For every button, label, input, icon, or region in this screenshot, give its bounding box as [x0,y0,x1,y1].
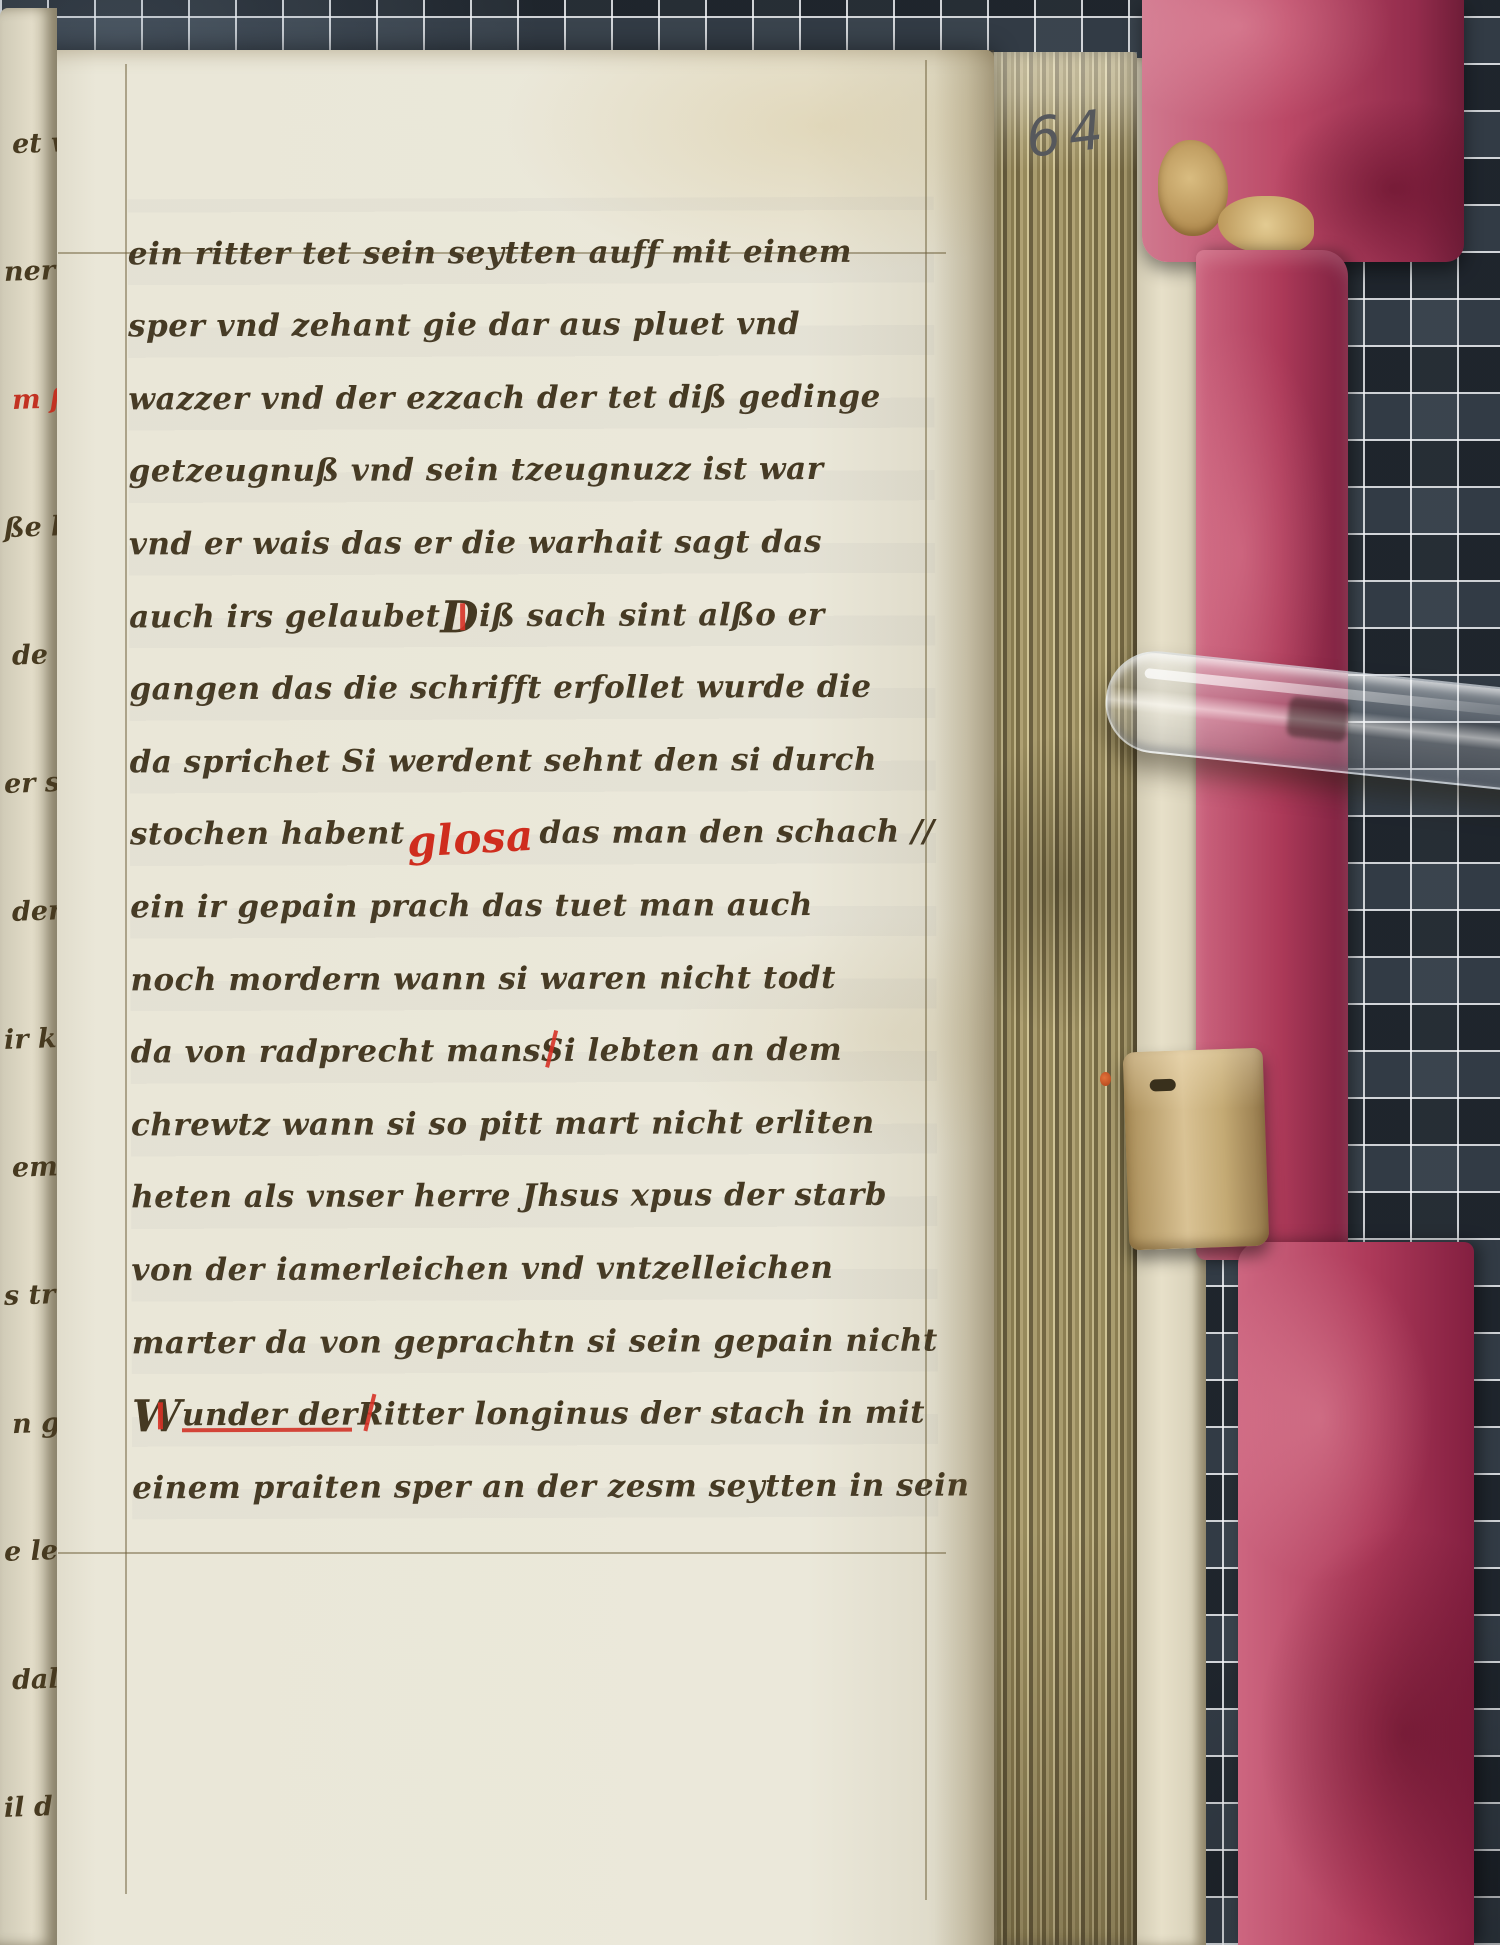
line-segment: getzeugnuß vnd sein tzeugnuzz ist war [129,451,824,489]
manuscript-line: sper vnd zehant gie dar aus pluet vnd [128,269,934,344]
page-edge-text-fragment: ner [3,255,55,288]
line-segment: vnd er wais das er die warhait sagt das [129,524,822,562]
line-segment: noch mordern wann si waren nicht todt [130,959,836,997]
folio-number: 64 [1022,97,1114,170]
line-segment: sper vnd zehant gie dar aus pluet vnd [128,306,800,344]
manuscript-line: gangen das die schrifft erfollet wurde d… [129,632,935,707]
manuscript-line: chrewtz wann si so pitt mart nicht erlit… [131,1068,937,1143]
line-segment: da sprichet Si werdent sehnt den si durc… [130,742,877,781]
page-edge-text-fragment: der [11,895,57,928]
paint-speck [1100,1072,1111,1086]
ruling-line-left [125,64,127,1894]
page-edge-text-fragment: dalb [11,1663,57,1696]
line-segment: heten als vnser herre Jhsus xpus der sta… [131,1177,887,1216]
manuscript-line: da von radprecht mans Si lebten an dem [130,995,936,1070]
line-segment: under der [182,1397,358,1434]
line-segment: D [440,601,479,634]
line-segment: einem praiten sper an der zesm seytten i… [132,1467,969,1506]
manuscript-line: von der iamerleichen vnd vntzelleichen [131,1213,937,1288]
line-segment: W [132,1400,182,1433]
book-fore-edge-pages [985,52,1137,1945]
manuscript-text-block: ein ritter tet sein seytten auff mit ein… [128,197,939,1520]
manuscript-line: ein ritter tet sein seytten auff mit ein… [128,197,934,272]
line-segment: itter longinus der stach in mit [384,1395,925,1433]
page-edge-text-fragment: s tr [3,1279,55,1312]
line-segment: ein ir gepain prach das tuet man auch [130,887,813,925]
line-segment: das man den schach // [539,814,934,851]
page-edge-text-fragment: ir k [3,1023,57,1056]
line-segment: stochen habent [130,816,405,853]
manuscript-line: heten als vnser herre Jhsus xpus der sta… [131,1140,937,1215]
binding-cover-top [1142,0,1464,262]
binding-torn-patch [1218,196,1314,254]
endpaper-edge-band [1132,58,1206,1945]
page-right-crease [934,50,994,1945]
page-edge-text-fragment: et w [11,127,57,160]
line-segment: marter da von geprachtn si sein gepain n… [132,1322,938,1361]
manuscript-line: getzeugnuß vnd sein tzeugnuzz ist war [128,414,934,489]
line-segment: von der iamerleichen vnd vntzelleichen [131,1250,833,1288]
manuscript-line: Wunder der Ritter longinus der stach in … [132,1358,938,1433]
manuscript-line: ein ir gepain prach das tuet man auch [130,850,936,925]
manuscript-line: stochen habent glosa das man den schach … [130,777,936,852]
line-segment: iß sach sint alßo er [479,597,825,634]
plastic-shadow-spot [1286,697,1350,742]
line-segment: chrewtz wann si so pitt mart nicht erlit… [131,1105,875,1144]
line-segment: i lebten an dem [564,1032,842,1069]
previous-page-edge: et wnerm ßße bdeer sderir kems trn gee l… [0,8,57,1945]
manuscript-page: 64 ein ritter tet sein seytten auff mit … [26,50,994,1945]
page-edge-text-fragment: ße b [3,511,57,544]
page-edge-text-fragment: m ß [11,383,57,416]
page-edge-text-fragment: e le [3,1535,57,1568]
manuscript-line: auch irs gelaubet Diß sach sint alßo er [129,560,935,635]
rubric-word: glosa [406,818,534,859]
page-edge-text-fragment: er s [3,767,57,800]
line-segment: S [541,1033,564,1069]
line-segment: auch irs gelaubet [129,598,440,635]
photographed-manuscript-scene: 64 ein ritter tet sein seytten auff mit … [0,0,1500,1945]
manuscript-line: einem praiten sper an der zesm seytten i… [132,1431,938,1506]
manuscript-line: da sprichet Si werdent sehnt den si durc… [129,705,935,780]
page-edge-text-fragment: n ge [11,1407,57,1440]
line-segment: da von radprecht mans [131,1033,541,1070]
page-edge-text-fragment: em [11,1151,57,1184]
line-segment: wazzer vnd der ezzach der tet diß geding… [128,379,880,418]
binding-cover-bottom [1238,1242,1474,1945]
page-edge-text-fragment: de [11,639,48,671]
manuscript-line: wazzer vnd der ezzach der tet diß geding… [128,342,934,417]
strap-slot [1150,1079,1176,1092]
leather-clasp-strap [1123,1048,1270,1251]
line-segment: gangen das die schrifft erfollet wurde d… [129,669,871,708]
page-edge-text-fragment: il d [3,1791,53,1824]
manuscript-line: noch mordern wann si waren nicht todt [130,923,936,998]
manuscript-line: vnd er wais das er die warhait sagt das [129,487,935,562]
manuscript-line: marter da von geprachtn si sein gepain n… [131,1285,937,1360]
line-segment: ein ritter tet sein seytten auff mit ein… [128,233,852,272]
ruling-line-bottom [58,1552,946,1554]
line-segment: R [358,1397,384,1433]
